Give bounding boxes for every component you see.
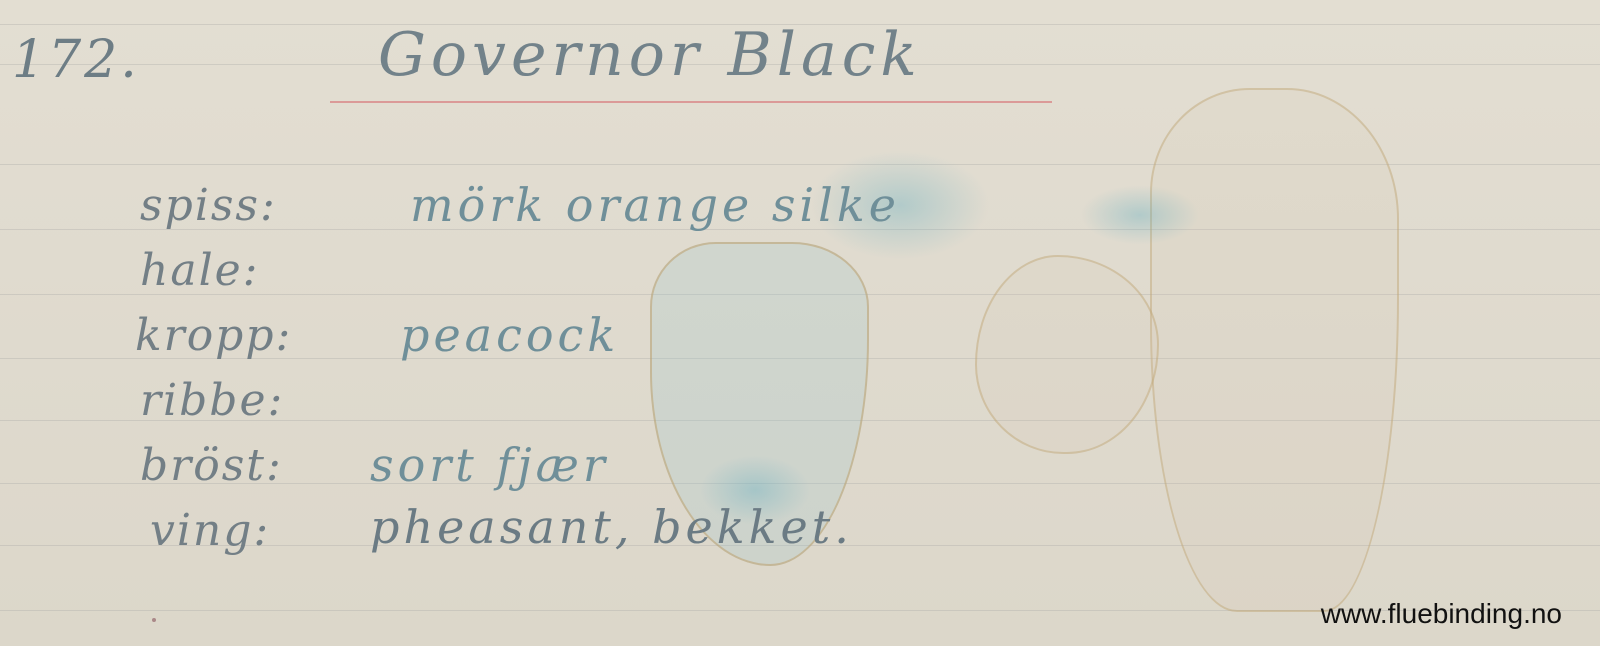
recipe-card: 172. Governor Black spiss: mörk orange s… (0, 0, 1600, 646)
field-label-spiss: spiss: (140, 180, 277, 231)
field-value-kropp: peacock (400, 308, 619, 362)
speck (152, 618, 156, 622)
field-label-kropp: kropp: (135, 310, 292, 361)
field-value-ving: pheasant, bekket. (370, 500, 853, 554)
field-label-ribbe: ribbe: (140, 375, 284, 426)
field-label-brost: bröst: (140, 440, 283, 491)
field-value-brost: sort fjær (370, 438, 609, 492)
water-stain-round (975, 255, 1159, 454)
entry-number: 172. (12, 30, 140, 90)
field-label-hale: hale: (140, 245, 260, 296)
title-underline (330, 101, 1052, 103)
field-label-ving: ving: (150, 505, 270, 556)
watermark-url: www.fluebinding.no (1321, 598, 1562, 630)
water-stain-large (1150, 88, 1399, 612)
fly-title: Governor Black (378, 20, 922, 90)
field-value-spiss: mörk orange silke (410, 178, 900, 232)
ink-blot (1080, 185, 1200, 245)
